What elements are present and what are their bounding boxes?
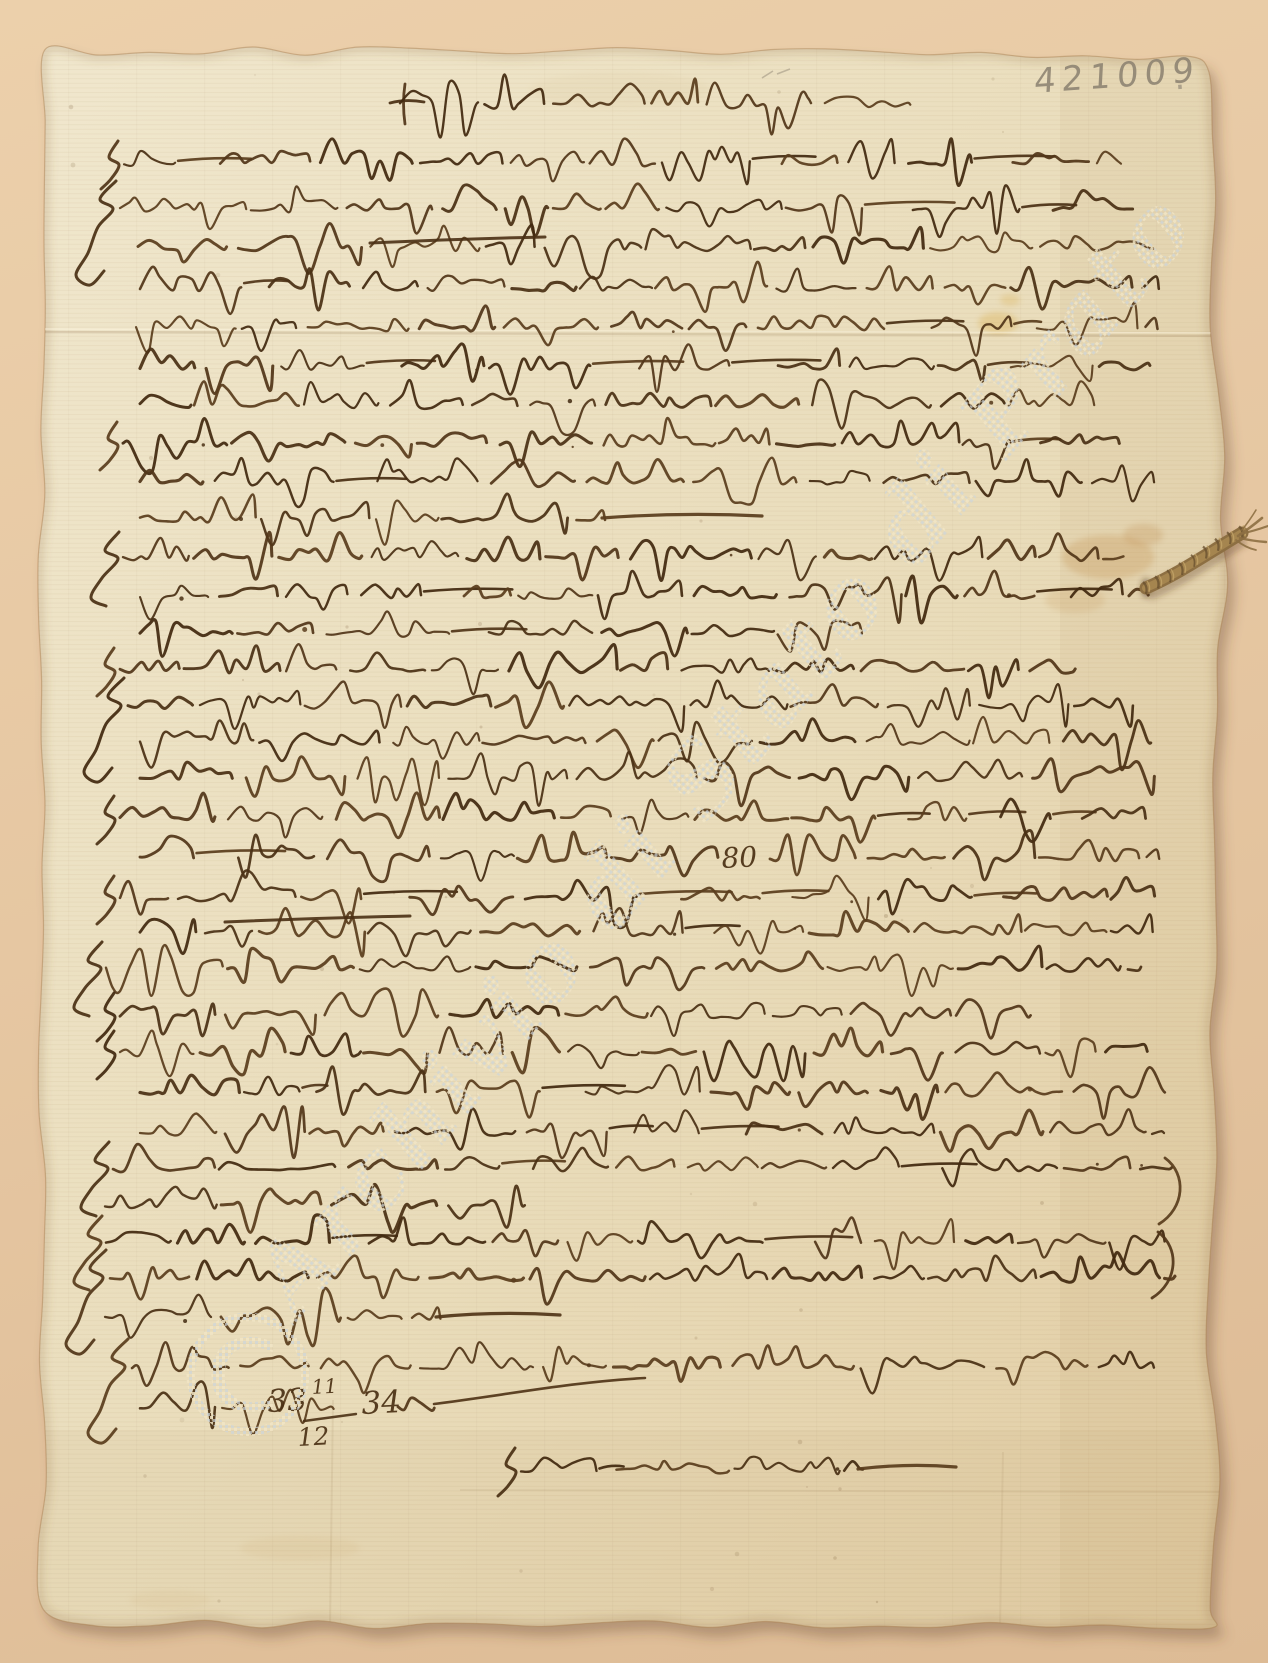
manuscript-svg: 8033111234 © Archivio di Stato di Prato [0,0,1268,1663]
manuscript-scan-page: 8033111234 © Archivio di Stato di Prato … [0,0,1268,1663]
inline-amount: 34 [361,1384,402,1422]
inline-amount: 80 [721,840,758,875]
